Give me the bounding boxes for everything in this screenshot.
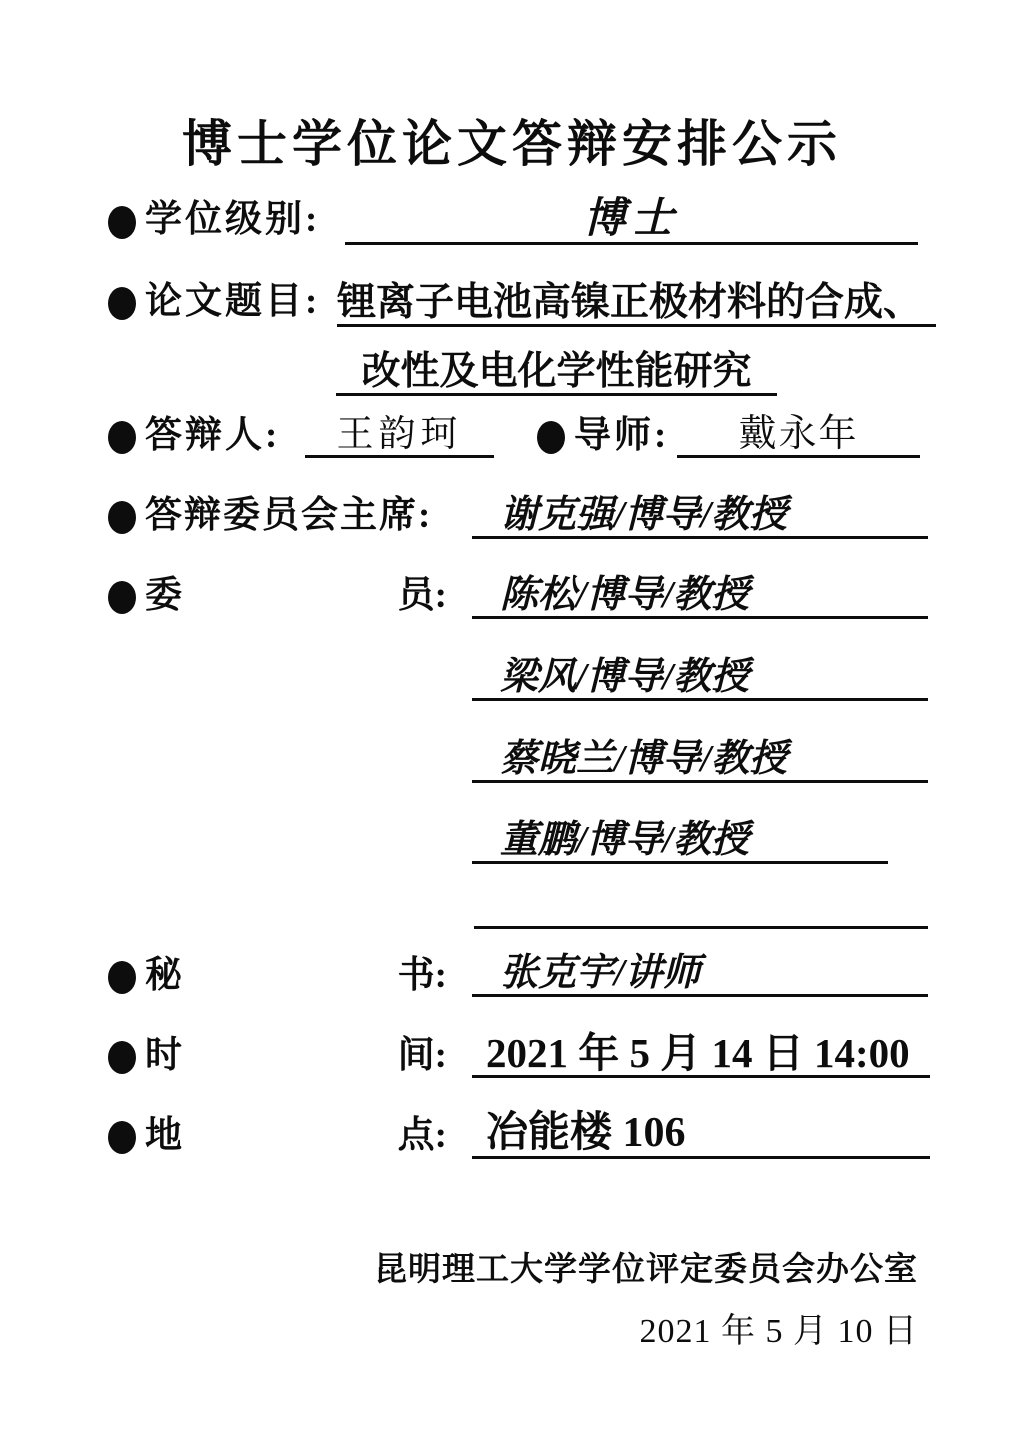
bullet-icon (108, 421, 136, 454)
chair-value: 谢克强/博导/教授 (472, 495, 787, 536)
time-label-char1: 时 (145, 1034, 182, 1078)
place-label-char2: 点: (398, 1114, 447, 1158)
defender-label: 答辩人: (145, 414, 280, 458)
time-value: 2021 年 5 月 14 日 14:00 (472, 1031, 910, 1075)
bullet-icon (108, 1041, 136, 1074)
bullet-icon (108, 1121, 136, 1154)
place-underline: 冶能楼 106 (472, 1106, 930, 1159)
degree-value: 博士 (583, 197, 679, 242)
committee-member-row: 梁风/博导/教授 (472, 648, 928, 701)
place-label-char1: 地 (145, 1114, 182, 1158)
committee-label: 委 员: (145, 574, 447, 618)
thesis-title-line1: 锂离子电池高镍正极材料的合成、 (337, 282, 922, 324)
bullet-icon (108, 206, 136, 239)
secretary-underline: 张克宇/讲师 (472, 944, 928, 997)
secretary-label-char1: 秘 (145, 954, 182, 998)
secretary-label: 秘 书: (145, 954, 447, 998)
committee-member-name: 董鹏/博导/教授 (472, 820, 749, 861)
thesis-title-line2-underline: 改性及电化学性能研究 (336, 343, 777, 396)
chair-label: 答辩委员会主席: (145, 494, 432, 538)
degree-underline: 博士 (345, 192, 918, 245)
bullet-icon (108, 287, 136, 320)
supervisor-label: 导师: (574, 414, 669, 458)
thesis-title-line2: 改性及电化学性能研究 (361, 351, 751, 393)
committee-member-row: 陈松/博导/教授 (472, 566, 928, 619)
defender-value: 王韵珂 (337, 415, 463, 455)
footer-office: 昆明理工大学学位评定委员会办公室 (374, 1243, 918, 1290)
supervisor-underline: 戴永年 (677, 405, 920, 458)
time-label-char2: 间: (398, 1034, 447, 1078)
bullet-icon (108, 581, 136, 614)
place-value: 冶能楼 106 (472, 1111, 686, 1156)
defense-announcement-document: 博士学位论文答辩安排公示 学位级别: 博士 论文题目: 锂离子电池高镍正极材料的… (0, 0, 1024, 1448)
committee-member-name: 蔡晓兰/博导/教授 (472, 739, 787, 780)
supervisor-value: 戴永年 (738, 414, 858, 455)
committee-member-row: 蔡晓兰/博导/教授 (472, 730, 928, 783)
page-title: 博士学位论文答辩安排公示 (0, 104, 1024, 176)
time-underline: 2021 年 5 月 14 日 14:00 (472, 1025, 930, 1078)
committee-member-name: 陈松/博导/教授 (472, 575, 749, 616)
committee-member-row: 董鹏/博导/教授 (472, 811, 888, 864)
committee-label-char1: 委 (145, 574, 182, 618)
thesis-title-line1-underline: 锂离子电池高镍正极材料的合成、 (337, 274, 936, 327)
secretary-label-char2: 书: (398, 954, 447, 998)
defender-underline: 王韵珂 (305, 405, 494, 458)
thesis-label: 论文题目: (145, 280, 320, 324)
footer-date: 2021 年 5 月 10 日 (640, 1303, 919, 1352)
bullet-icon (537, 421, 565, 454)
committee-member-row-empty (474, 876, 928, 929)
chair-underline: 谢克强/博导/教授 (472, 486, 928, 539)
bullet-icon (108, 501, 136, 534)
place-label: 地 点: (145, 1114, 447, 1158)
committee-label-char2: 员: (398, 574, 447, 618)
time-label: 时 间: (145, 1034, 447, 1078)
secretary-value: 张克宇/讲师 (472, 953, 701, 994)
bullet-icon (108, 961, 136, 994)
committee-member-name: 梁风/博导/教授 (472, 657, 749, 698)
degree-label: 学位级别: (145, 198, 320, 242)
